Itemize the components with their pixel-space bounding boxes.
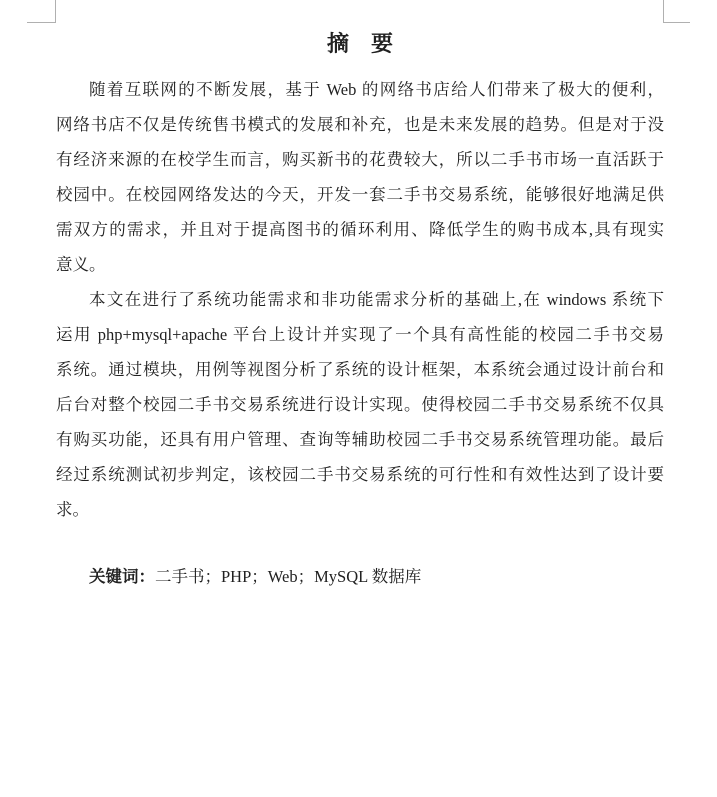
abstract-section: 摘 要 随着互联网的不断发展，基于 Web 的网络书店给人们带来了极大的便利， …	[56, 30, 664, 589]
paragraph-line: 校园中。在校园网络发达的今天，开发一套二手书交易系统，能够很好地满足供	[56, 177, 664, 212]
paragraph-line: 经过系统测试初步判定，该校园二手书交易系统的可行性和有效性达到了设计要	[56, 457, 664, 492]
paragraph-line: 运用 php+mysql+apache 平台上设计并实现了一个具有高性能的校园二…	[56, 317, 664, 352]
paragraph-line: 意义。	[56, 247, 664, 282]
paragraph-line: 随着互联网的不断发展，基于 Web 的网络书店给人们带来了极大的便利，	[56, 72, 664, 107]
paragraph-line: 后台对整个校园二手书交易系统进行设计实现。使得校园二手书交易系统不仅具	[56, 387, 664, 422]
keywords-line: 关键词：二手书；PHP；Web；MySQL 数据库	[56, 565, 664, 589]
paragraph-line: 网络书店不仅是传统售书模式的发展和补充，也是未来发展的趋势。但是对于没	[56, 107, 664, 142]
paragraph-line: 有购买功能，还具有用户管理、查询等辅助校园二手书交易系统管理功能。最后	[56, 422, 664, 457]
keywords-label: 关键词：	[89, 567, 155, 586]
document-page: { "document": { "title": "摘 要", "paragra…	[0, 0, 717, 797]
abstract-paragraph-1: 随着互联网的不断发展，基于 Web 的网络书店给人们带来了极大的便利， 网络书店…	[56, 72, 664, 282]
margin-crop-mark-top-left	[27, 0, 56, 23]
page-title: 摘 要	[56, 30, 664, 58]
paragraph-line: 系统。通过模块，用例等视图分析了系统的设计框架，本系统会通过设计前台和	[56, 352, 664, 387]
paragraph-line: 求。	[56, 492, 664, 527]
margin-crop-mark-top-right	[663, 0, 690, 23]
abstract-paragraph-2: 本文在进行了系统功能需求和非功能需求分析的基础上,在 windows 系统下 运…	[56, 282, 664, 527]
keywords-value: 二手书；PHP；Web；MySQL 数据库	[155, 567, 421, 586]
paragraph-line: 需双方的需求，并且对于提高图书的循环利用、降低学生的购书成本,具有现实	[56, 212, 664, 247]
paragraph-line: 本文在进行了系统功能需求和非功能需求分析的基础上,在 windows 系统下	[56, 282, 664, 317]
paragraph-line: 有经济来源的在校学生而言，购买新书的花费较大，所以二手书市场一直活跃于	[56, 142, 664, 177]
